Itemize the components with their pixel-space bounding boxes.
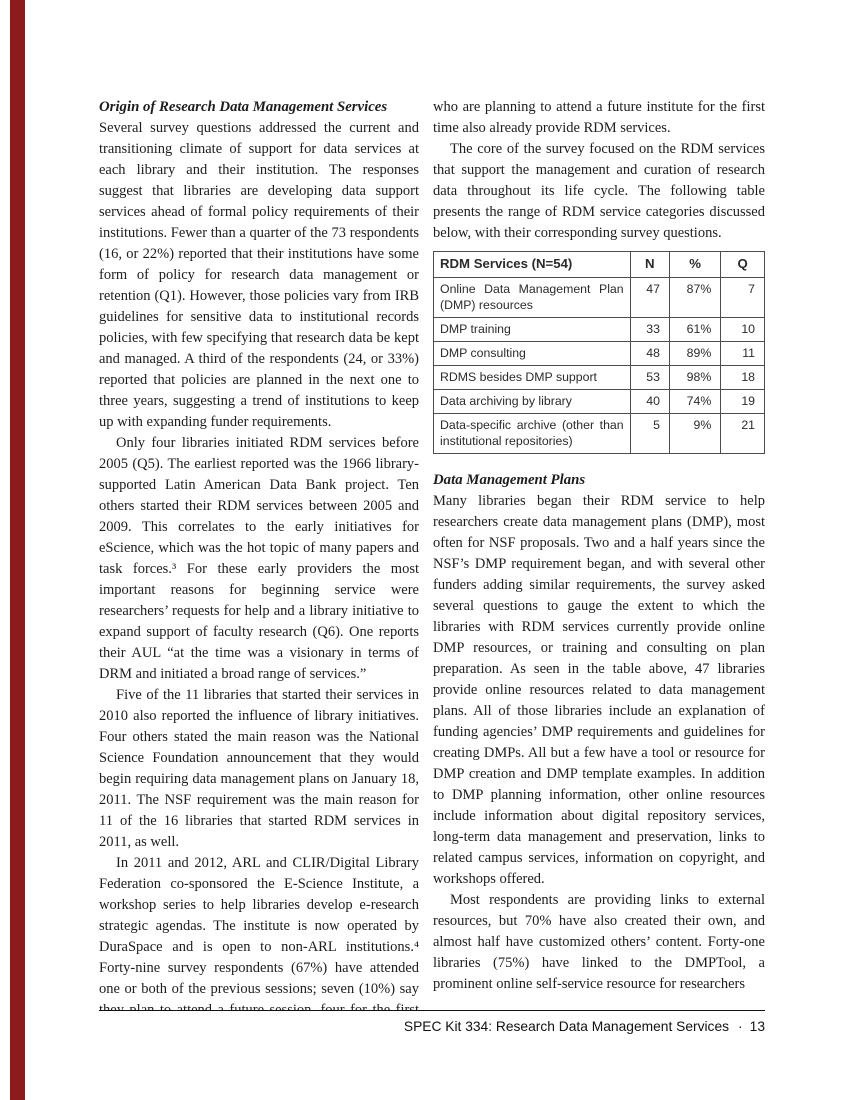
- left-column: Origin of Research Data Management Servi…: [99, 97, 419, 1010]
- paragraph: who are planning to attend a future inst…: [433, 97, 765, 139]
- table-row: RDMS besides DMP support 53 98% 18: [434, 366, 765, 390]
- table-cell-n: 48: [630, 342, 669, 366]
- table-cell-percent: 87%: [669, 278, 720, 318]
- table-header-n: N: [630, 252, 669, 278]
- table-cell-q: 11: [721, 342, 765, 366]
- section-heading-origin: Origin of Research Data Management Servi…: [99, 97, 419, 118]
- rdm-services-table: RDM Services (N=54) N % Q Online Data Ma…: [433, 251, 765, 454]
- table-cell-q: 7: [721, 278, 765, 318]
- table-header-row: RDM Services (N=54) N % Q: [434, 252, 765, 278]
- table-cell-percent: 9%: [669, 414, 720, 454]
- paragraph: Many libraries began their RDM service t…: [433, 491, 765, 890]
- table-cell-n: 53: [630, 366, 669, 390]
- table-cell-service: DMP consulting: [434, 342, 631, 366]
- paragraph: Most respondents are providing links to …: [433, 890, 765, 995]
- footer-page-number: 13: [750, 1019, 765, 1034]
- section-heading-dmp: Data Management Plans: [433, 470, 765, 491]
- table-cell-service: RDMS besides DMP support: [434, 366, 631, 390]
- table-cell-n: 47: [630, 278, 669, 318]
- table-row: DMP training 33 61% 10: [434, 318, 765, 342]
- table-row: Data archiving by library 40 74% 19: [434, 390, 765, 414]
- table-header-q: Q: [721, 252, 765, 278]
- paragraph: Five of the 11 libraries that started th…: [99, 685, 419, 853]
- table-cell-percent: 98%: [669, 366, 720, 390]
- table-header-percent: %: [669, 252, 720, 278]
- table-cell-q: 10: [721, 318, 765, 342]
- table-cell-service: Data archiving by library: [434, 390, 631, 414]
- table-cell-q: 21: [721, 414, 765, 454]
- table-cell-q: 19: [721, 390, 765, 414]
- footer-rule: [99, 1010, 765, 1011]
- table-cell-percent: 61%: [669, 318, 720, 342]
- table-row: DMP consulting 48 89% 11: [434, 342, 765, 366]
- table-cell-service: DMP training: [434, 318, 631, 342]
- paragraph: Only four libraries initiated RDM servic…: [99, 433, 419, 685]
- table-cell-service: Online Data Management Plan (DMP) resour…: [434, 278, 631, 318]
- page-edge-bar: [10, 0, 25, 1100]
- table-cell-service: Data-specific archive (other than instit…: [434, 414, 631, 454]
- right-column: who are planning to attend a future inst…: [433, 97, 765, 1010]
- paragraph: The core of the survey focused on the RD…: [433, 139, 765, 244]
- table-row: Data-specific archive (other than instit…: [434, 414, 765, 454]
- table-row: Online Data Management Plan (DMP) resour…: [434, 278, 765, 318]
- paragraph: Several survey questions addressed the c…: [99, 118, 419, 433]
- table-cell-percent: 74%: [669, 390, 720, 414]
- table-cell-q: 18: [721, 366, 765, 390]
- document-page: { "page": { "accent_color": "#8e1b1b", "…: [0, 0, 849, 1100]
- footer-title: SPEC Kit 334: Research Data Management S…: [404, 1019, 729, 1034]
- table-cell-n: 5: [630, 414, 669, 454]
- footer-page-info: SPEC Kit 334: Research Data Management S…: [99, 1019, 765, 1034]
- paragraph: In 2011 and 2012, ARL and CLIR/Digital L…: [99, 853, 419, 1010]
- table-cell-n: 33: [630, 318, 669, 342]
- table-cell-n: 40: [630, 390, 669, 414]
- table-cell-percent: 89%: [669, 342, 720, 366]
- footer-separator: ·: [738, 1019, 743, 1034]
- table-header-service: RDM Services (N=54): [434, 252, 631, 278]
